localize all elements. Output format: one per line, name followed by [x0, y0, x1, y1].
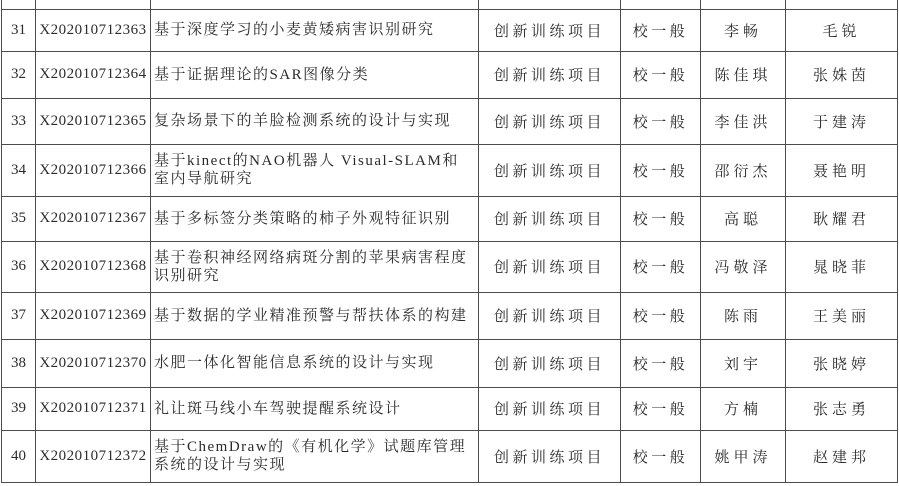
project-leader-cell: 姚甲涛 — [701, 430, 786, 482]
project-type-cell: 创新训练项目 — [479, 292, 621, 339]
project-type-cell: 创新训练项目 — [479, 144, 621, 196]
project-advisor-cell: 聂艳明 — [786, 144, 898, 196]
empty-cell — [786, 0, 898, 9]
project-type-cell: 创新训练项目 — [479, 339, 621, 387]
project-advisor-cell: 王美丽 — [786, 292, 898, 339]
project-id-cell: X202010712366 — [36, 144, 151, 196]
project-advisor-cell: 晁晓菲 — [786, 241, 898, 292]
project-title-cell: 礼让斑马线小车驾驶提醒系统设计 — [151, 387, 479, 430]
project-level-cell: 校一般 — [621, 387, 701, 430]
project-type-cell: 创新训练项目 — [479, 51, 621, 98]
table-row: 34X202010712366基于kinect的NAO机器人 Visual-SL… — [2, 144, 898, 196]
empty-cell — [36, 0, 151, 9]
project-type-cell: 创新训练项目 — [479, 387, 621, 430]
project-advisor-cell: 毛锐 — [786, 9, 898, 51]
project-id-cell: X202010712365 — [36, 98, 151, 144]
table-row: 39X202010712371礼让斑马线小车驾驶提醒系统设计创新训练项目校一般方… — [2, 387, 898, 430]
row-number-cell: 36 — [2, 241, 36, 292]
project-title-cell: 基于数据的学业精准预警与帮扶体系的构建 — [151, 292, 479, 339]
project-id-cell: X202010712369 — [36, 292, 151, 339]
project-title-cell: 水肥一体化智能信息系统的设计与实现 — [151, 339, 479, 387]
project-title-cell: 基于深度学习的小麦黄矮病害识别研究 — [151, 9, 479, 51]
project-level-cell: 校一般 — [621, 98, 701, 144]
projects-table: 31X202010712363基于深度学习的小麦黄矮病害识别研究创新训练项目校一… — [1, 0, 898, 483]
project-id-cell: X202010712370 — [36, 339, 151, 387]
row-number-cell: 32 — [2, 51, 36, 98]
table-row: 31X202010712363基于深度学习的小麦黄矮病害识别研究创新训练项目校一… — [2, 9, 898, 51]
empty-cell — [2, 0, 36, 9]
row-number-cell: 39 — [2, 387, 36, 430]
row-number-cell: 34 — [2, 144, 36, 196]
empty-cell — [479, 0, 621, 9]
project-type-cell: 创新训练项目 — [479, 98, 621, 144]
project-id-cell: X202010712367 — [36, 196, 151, 241]
document-sheet: 31X202010712363基于深度学习的小麦黄矮病害识别研究创新训练项目校一… — [0, 0, 899, 486]
row-number-cell: 40 — [2, 430, 36, 482]
project-level-cell: 校一般 — [621, 51, 701, 98]
project-leader-cell: 高聪 — [701, 196, 786, 241]
project-advisor-cell: 张姝茵 — [786, 51, 898, 98]
project-title-cell: 基于kinect的NAO机器人 Visual-SLAM和室内导航研究 — [151, 144, 479, 196]
project-title-cell: 复杂场景下的羊脸检测系统的设计与实现 — [151, 98, 479, 144]
project-advisor-cell: 于建涛 — [786, 98, 898, 144]
project-title-cell: 基于卷积神经网络病斑分割的苹果病害程度识别研究 — [151, 241, 479, 292]
project-level-cell: 校一般 — [621, 292, 701, 339]
project-id-cell: X202010712372 — [36, 430, 151, 482]
table-row: 40X202010712372基于ChemDraw的《有机化学》试题库管理系统的… — [2, 430, 898, 482]
row-number-cell: 38 — [2, 339, 36, 387]
project-id-cell: X202010712368 — [36, 241, 151, 292]
project-level-cell: 校一般 — [621, 9, 701, 51]
table-row: 35X202010712367基于多标签分类策略的柿子外观特征识别创新训练项目校… — [2, 196, 898, 241]
project-leader-cell: 李畅 — [701, 9, 786, 51]
table-row: 38X202010712370水肥一体化智能信息系统的设计与实现创新训练项目校一… — [2, 339, 898, 387]
project-advisor-cell: 赵建邦 — [786, 430, 898, 482]
project-type-cell: 创新训练项目 — [479, 430, 621, 482]
table-row: 33X202010712365复杂场景下的羊脸检测系统的设计与实现创新训练项目校… — [2, 98, 898, 144]
empty-cell — [701, 0, 786, 9]
project-advisor-cell: 张晓婷 — [786, 339, 898, 387]
project-leader-cell: 方楠 — [701, 387, 786, 430]
project-leader-cell: 刘宇 — [701, 339, 786, 387]
table-row: 32X202010712364基于证据理论的SAR图像分类创新训练项目校一般陈佳… — [2, 51, 898, 98]
table-row: 37X202010712369基于数据的学业精准预警与帮扶体系的构建创新训练项目… — [2, 292, 898, 339]
row-number-cell: 31 — [2, 9, 36, 51]
project-level-cell: 校一般 — [621, 196, 701, 241]
project-leader-cell: 邵衍杰 — [701, 144, 786, 196]
project-title-cell: 基于证据理论的SAR图像分类 — [151, 51, 479, 98]
project-title-cell: 基于多标签分类策略的柿子外观特征识别 — [151, 196, 479, 241]
project-level-cell: 校一般 — [621, 241, 701, 292]
project-type-cell: 创新训练项目 — [479, 196, 621, 241]
table-row: 36X202010712368基于卷积神经网络病斑分割的苹果病害程度识别研究创新… — [2, 241, 898, 292]
project-level-cell: 校一般 — [621, 144, 701, 196]
project-type-cell: 创新训练项目 — [479, 241, 621, 292]
project-title-cell: 基于ChemDraw的《有机化学》试题库管理系统的设计与实现 — [151, 430, 479, 482]
row-number-cell: 33 — [2, 98, 36, 144]
empty-cell — [621, 0, 701, 9]
clipped-previous-row — [2, 0, 898, 9]
project-leader-cell: 李佳洪 — [701, 98, 786, 144]
project-level-cell: 校一般 — [621, 339, 701, 387]
project-advisor-cell: 张志勇 — [786, 387, 898, 430]
project-advisor-cell: 耿耀君 — [786, 196, 898, 241]
project-leader-cell: 冯敬泽 — [701, 241, 786, 292]
projects-table-body: 31X202010712363基于深度学习的小麦黄矮病害识别研究创新训练项目校一… — [2, 9, 898, 482]
project-type-cell: 创新训练项目 — [479, 9, 621, 51]
project-leader-cell: 陈佳琪 — [701, 51, 786, 98]
project-id-cell: X202010712364 — [36, 51, 151, 98]
empty-cell — [151, 0, 479, 9]
project-level-cell: 校一般 — [621, 430, 701, 482]
project-leader-cell: 陈雨 — [701, 292, 786, 339]
project-id-cell: X202010712371 — [36, 387, 151, 430]
row-number-cell: 35 — [2, 196, 36, 241]
project-id-cell: X202010712363 — [36, 9, 151, 51]
row-number-cell: 37 — [2, 292, 36, 339]
